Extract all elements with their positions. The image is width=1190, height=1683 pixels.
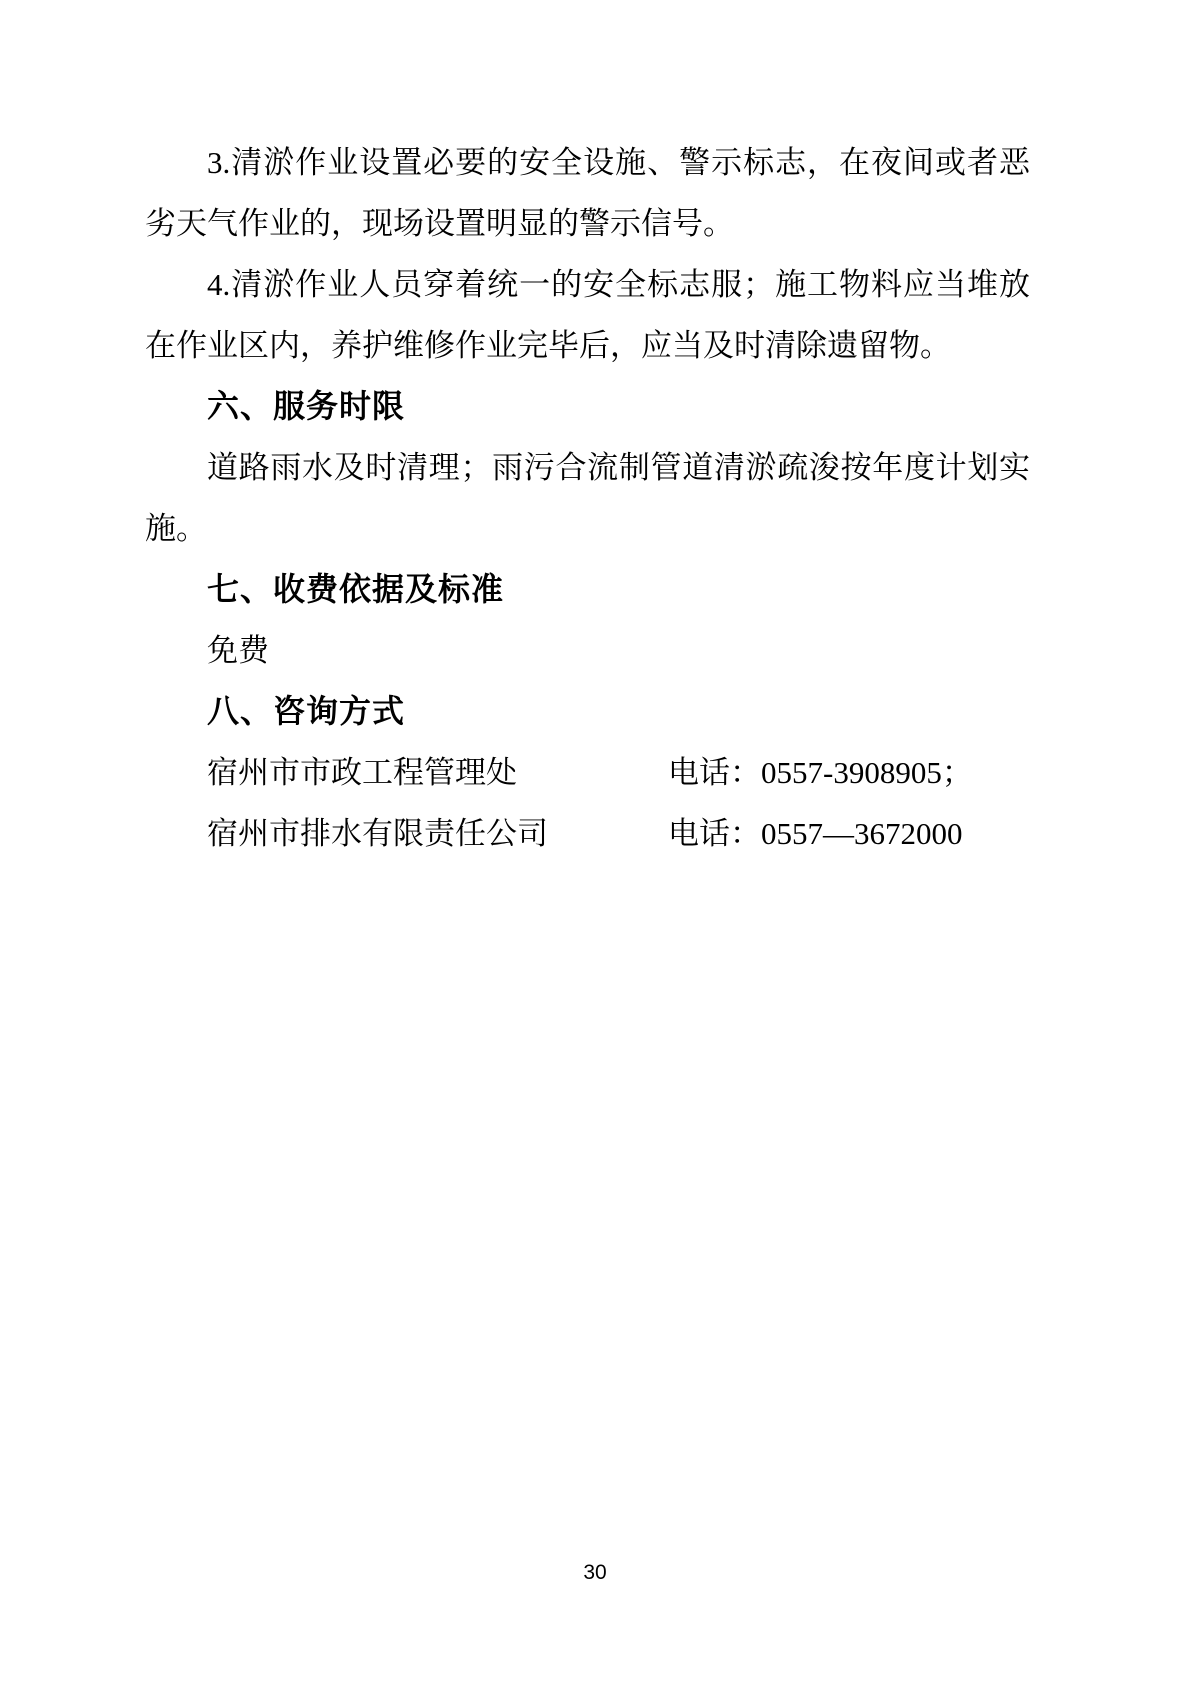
fee-text: 免费 [145,620,1030,681]
phone-number: 0557-3908905； [761,755,973,790]
phone-label: 电话： [668,755,761,790]
paragraph-4-line-2: 在作业区内，养护维修作业完毕后，应当及时清除遗留物。 [145,315,1030,376]
heading-fee-standard: 七、收费依据及标准 [145,559,1030,620]
document-body: 3.清淤作业设置必要的安全设施、警示标志，在夜间或者恶 劣天气作业的，现场设置明… [145,0,1030,864]
paragraph-4-line-1: 4.清淤作业人员穿着统一的安全标志服；施工物料应当堆放 [145,254,1030,315]
service-period-line-2: 施。 [145,498,1030,559]
phone-label: 电话： [668,816,761,851]
phone-number: 0557—3672000 [761,816,963,851]
contact-name: 宿州市排水有限责任公司 [207,803,668,864]
contact-row-management-office: 宿州市市政工程管理处电话：0557-3908905； [145,742,1030,803]
contact-row-drainage-company: 宿州市排水有限责任公司电话：0557—3672000 [145,803,1030,864]
paragraph-3-line-1: 3.清淤作业设置必要的安全设施、警示标志，在夜间或者恶 [145,132,1030,193]
paragraph-3-line-2: 劣天气作业的，现场设置明显的警示信号。 [145,193,1030,254]
contact-name: 宿州市市政工程管理处 [207,742,668,803]
heading-contact-method: 八、咨询方式 [145,681,1030,742]
heading-service-period: 六、服务时限 [145,376,1030,437]
service-period-line-1: 道路雨水及时清理；雨污合流制管道清淤疏浚按年度计划实 [145,437,1030,498]
document-page: 3.清淤作业设置必要的安全设施、警示标志，在夜间或者恶 劣天气作业的，现场设置明… [0,0,1190,1683]
page-number: 30 [0,1560,1190,1586]
